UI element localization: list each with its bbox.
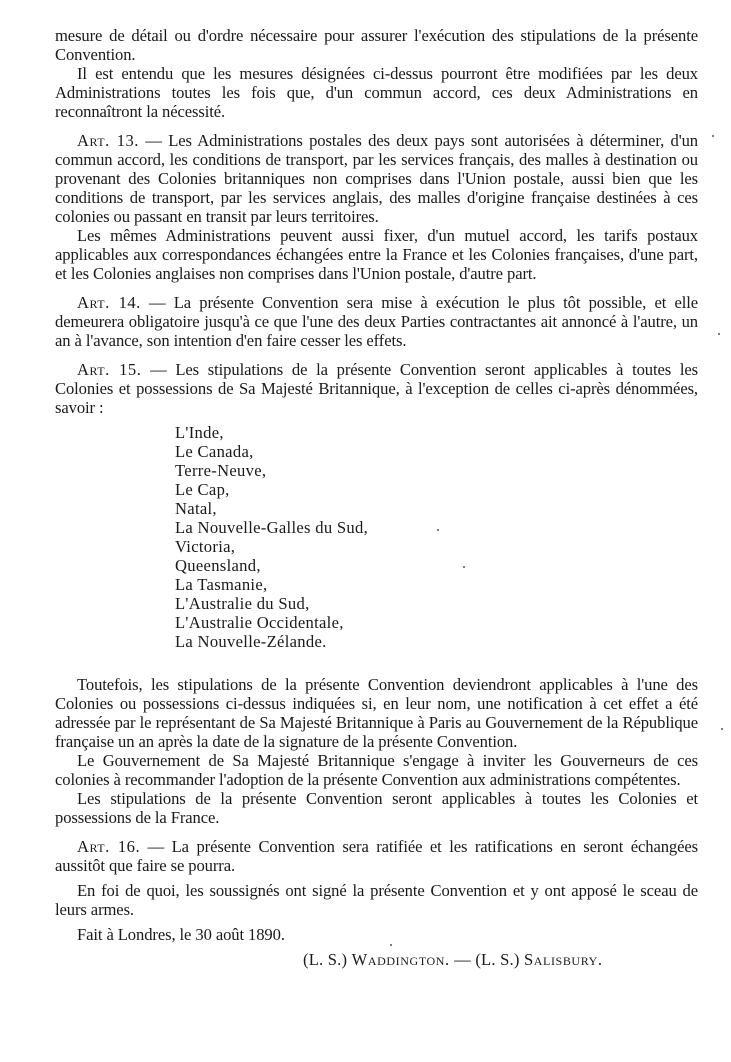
scan-speck [390,944,392,946]
signatory-name: Salisbury. [524,950,603,969]
seal-mark: (L. S.) [303,950,352,969]
list-item: Terre-Neuve, [175,461,698,480]
list-item: La Tasmanie, [175,575,698,594]
article-dash: — [141,293,174,312]
article-15-paragraph: Toutefois, les stipulations de la présen… [55,675,698,751]
signature-separator: — [450,950,476,969]
signatory-name: Waddington. [352,950,450,969]
place-and-date: Fait à Londres, le 30 août 1890. [55,925,698,944]
scan-speck [437,529,439,531]
article-14-body: Art. 14. — La présente Convention sera m… [55,293,698,350]
seal-mark: (L. S.) [475,950,524,969]
article-14: Art. 14. — La présente Convention sera m… [55,293,698,350]
article-dash: — [139,131,168,150]
opening-paragraph-continuation: mesure de détail ou d'ordre nécessaire p… [55,26,698,64]
signature-line: (L. S.) Waddington. — (L. S.) Salisbury. [55,950,698,969]
scan-speck [718,333,720,335]
list-item: La Nouvelle-Galles du Sud, [175,518,698,537]
article-16-paragraph: En foi de quoi, les soussignés ont signé… [55,881,698,919]
excluded-colonies-list: L'Inde, Le Canada, Terre-Neuve, Le Cap, … [55,423,698,651]
list-item: L'Australie du Sud, [175,594,698,613]
list-item: La Nouvelle-Zélande. [175,632,698,651]
article-13-paragraph: Les mêmes Administrations peuvent aussi … [55,226,698,283]
list-item: L'Inde, [175,423,698,442]
article-13-body: Art. 13. — Les Administrations postales … [55,131,698,226]
list-item: Le Cap, [175,480,698,499]
list-item: Queensland, [175,556,698,575]
opening-paragraph: Il est entendu que les mesures désignées… [55,64,698,121]
article-15-paragraph: Le Gouvernement de Sa Majesté Britanniqu… [55,751,698,789]
article-label: Art. 13. [77,131,139,150]
list-item: Victoria, [175,537,698,556]
article-dash: — [140,837,172,856]
article-15-paragraph: Les stipulations de la présente Conventi… [55,789,698,827]
list-item: L'Australie Occidentale, [175,613,698,632]
list-item: Natal, [175,499,698,518]
scan-speck [712,135,714,137]
article-13: Art. 13. — Les Administrations postales … [55,131,698,283]
article-dash: — [141,360,175,379]
scan-speck [721,728,723,730]
article-label: Art. 16. [77,837,140,856]
article-label: Art. 15. [77,360,141,379]
document-page: mesure de détail ou d'ordre nécessaire p… [55,26,698,969]
article-label: Art. 14. [77,293,141,312]
scan-speck [463,566,465,568]
article-16-body: Art. 16. — La présente Convention sera r… [55,837,698,875]
article-15: Art. 15. — Les stipulations de la présen… [55,360,698,827]
article-15-body: Art. 15. — Les stipulations de la présen… [55,360,698,417]
list-item: Le Canada, [175,442,698,461]
article-16: Art. 16. — La présente Convention sera r… [55,837,698,919]
